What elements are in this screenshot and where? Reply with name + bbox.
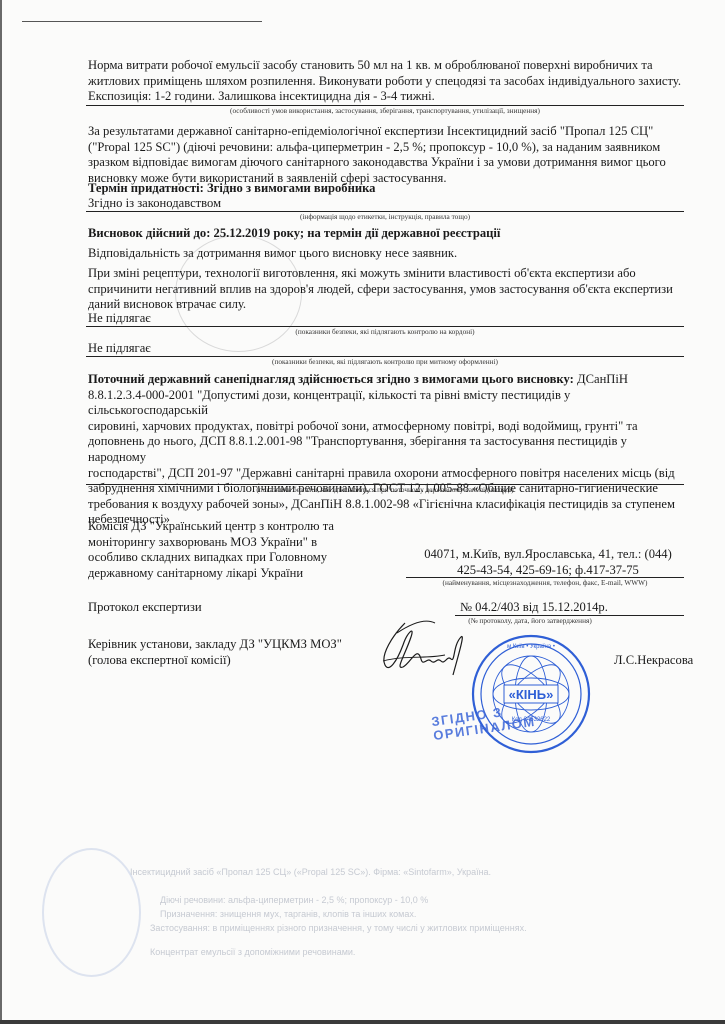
change-clause: При зміні рецептури, технології виготовл… — [88, 266, 688, 313]
scan-edge-left — [0, 0, 2, 1024]
border-control-caption: (показники безпеки, які підлягають контр… — [86, 327, 684, 336]
commission-line: Комісія ДЗ "Український центр з контролю… — [88, 519, 388, 535]
customs-value: Не підлягає — [88, 341, 151, 357]
usage-line: житлових приміщень шляхом розпилення. Ви… — [88, 74, 688, 90]
supervision-line: сировині, харчових продуктах, повітрі ро… — [88, 419, 688, 435]
usage-line: Експозиція: 1-2 години. Залишкова інсект… — [88, 89, 688, 105]
document-page: Норма витрати робочої емульсії засобу ст… — [0, 0, 725, 1024]
bleed-through-stamp — [42, 848, 141, 977]
labeling-value: Згідно із законодавством — [88, 196, 221, 212]
head-label: Керівник установи, закладу ДЗ "УЦКМЗ МОЗ… — [88, 637, 342, 668]
head-name: Л.С.Некрасова — [614, 653, 693, 669]
bleed-through-text: Призначення: знищення мух, тарганів, кло… — [160, 908, 416, 921]
change-clause-line: спричинити негативний вплив на здоров'я … — [88, 282, 688, 298]
official-stamp: «КІНЬ» Код 34532622 м.Київ • Україна • — [470, 633, 592, 755]
stamp-center-text: «КІНЬ» — [509, 687, 554, 702]
conclusion-line: За результатами державної санітарно-епід… — [88, 124, 688, 140]
head-label-line: Керівник установи, закладу ДЗ "УЦКМЗ МОЗ… — [88, 637, 342, 653]
address-line: 425-43-54, 425-69-16; ф.417-37-75 — [412, 563, 684, 579]
bleed-through-text: Діючі речовини: альфа-циперметрин - 2,5 … — [160, 894, 428, 907]
usage-line: Норма витрати робочої емульсії засобу ст… — [88, 58, 688, 74]
protocol-caption: (№ протоколу, дата, його затвердження) — [455, 616, 605, 625]
conclusion-paragraph: За результатами державної санітарно-епід… — [88, 124, 688, 186]
border-control-value: Не підлягає — [88, 311, 151, 327]
customs-caption: (показники безпеки, які підлягають контр… — [86, 357, 684, 366]
stamp-ring-text: м.Київ • Україна • — [507, 644, 555, 650]
labeling-caption: (інформація щодо етикетки, інструкція, п… — [86, 212, 684, 221]
address-line: 04071, м.Київ, вул.Ярославська, 41, тел.… — [412, 547, 684, 563]
commission-line: державному санітарному лікарі України — [88, 566, 388, 582]
conclusion-line: ("Propal 125 SC") (діючі речовини: альфа… — [88, 140, 688, 156]
commission-line: особливо складних випадках при Головному — [88, 550, 388, 566]
head-label-line: (голова експертної комісії) — [88, 653, 342, 669]
change-clause-line: При зміні рецептури, технології виготовл… — [88, 266, 688, 282]
usage-paragraph: Норма витрати робочої емульсії засобу ст… — [88, 58, 688, 105]
top-rule — [22, 21, 262, 22]
supervision-line: 8.8.1.2.3.4-000-2001 "Допустимі дози, ко… — [88, 388, 688, 419]
bleed-through-text: Інсектицидний засіб «Пропал 125 СЦ» («Pr… — [130, 866, 491, 879]
supervision-line: Поточний державний санепіднагляд здійсню… — [88, 372, 688, 388]
commission-line: моніторингу захворювань МОЗ України" в — [88, 535, 388, 551]
supervision-heading: Поточний державний санепіднагляд здійсню… — [88, 372, 574, 386]
protocol-label: Протокол експертизи — [88, 600, 202, 616]
supervision-caption: (показники безпеки, які здійснюються при… — [86, 485, 684, 494]
scan-edge-bottom — [0, 1020, 725, 1024]
bleed-through-text: Застосування: в приміщеннях різного приз… — [150, 922, 527, 935]
supervision-line: требования к воздуху рабочей зоны», ДСан… — [88, 497, 688, 513]
address-caption: (найменування, місцезнаходження, телефон… — [406, 578, 684, 587]
conclusion-line: зразком відповідає вимогам діючого саніт… — [88, 155, 688, 171]
address-block: 04071, м.Київ, вул.Ярославська, 41, тел.… — [412, 547, 684, 578]
commission-block: Комісія ДЗ "Український центр з контролю… — [88, 519, 388, 581]
supervision-line: доповнень до нього, ДСП 8.8.1.2.001-98 "… — [88, 434, 688, 465]
protocol-value: № 04.2/403 від 15.12.2014р. — [460, 600, 608, 616]
supervision-line: господарстві", ДСП 201-97 "Державні сані… — [88, 466, 688, 482]
signature — [375, 615, 470, 680]
change-clause-line: даний висновок втрачає силу. — [88, 297, 688, 313]
supervision-paragraph: Поточний державний санепіднагляд здійсню… — [88, 372, 688, 528]
usage-caption: (особливості умов використання, застосув… — [86, 106, 684, 115]
bleed-through-text: Концентрат емульсії з допоміжними речови… — [150, 946, 355, 959]
responsibility-statement: Відповідальність за дотримання вимог цьо… — [88, 246, 457, 262]
shelf-life-label: Термін придатності: Згідно з вимогами ви… — [88, 181, 375, 197]
validity-statement: Висновок дійсний до: 25.12.2019 року; на… — [88, 226, 500, 242]
